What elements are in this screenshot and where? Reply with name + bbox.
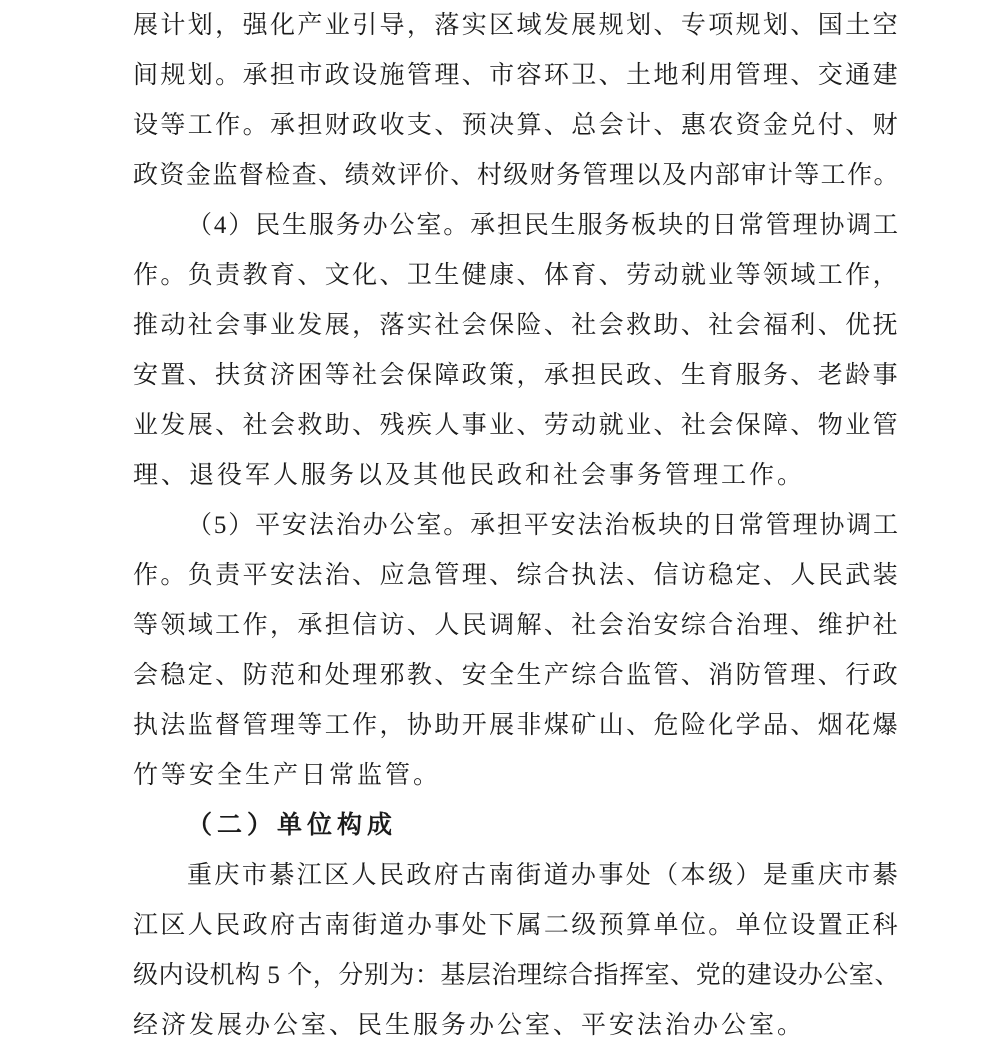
text-block: 展计划，强化产业引导，落实区域发展规划、专项规划、国土空间规划。承担市政设施管理… [133, 1, 900, 1051]
text-line: 会稳定、防范和处理邪教、安全生产综合监管、消防管理、行政 [133, 651, 900, 701]
text-line: （4）民生服务办公室。承担民生服务板块的日常管理协调工 [133, 201, 900, 251]
text-line: 重庆市綦江区人民政府古南街道办事处（本级）是重庆市綦 [133, 851, 900, 901]
text-line: 江区人民政府古南街道办事处下属二级预算单位。单位设置正科 [133, 901, 900, 951]
text-line: 等领域工作，承担信访、人民调解、社会治安综合治理、维护社 [133, 601, 900, 651]
text-line: 间规划。承担市政设施管理、市容环卫、土地利用管理、交通建 [133, 51, 900, 101]
text-line: 作。负责平安法治、应急管理、综合执法、信访稳定、人民武装 [133, 551, 900, 601]
text-line: 设等工作。承担财政收支、预决算、总会计、惠农资金兑付、财 [133, 101, 900, 151]
text-line: 理、退役军人服务以及其他民政和社会事务管理工作。 [133, 451, 900, 501]
text-line: 安置、扶贫济困等社会保障政策，承担民政、生育服务、老龄事 [133, 351, 900, 401]
document-page: 展计划，强化产业引导，落实区域发展规划、专项规划、国土空间规划。承担市政设施管理… [0, 0, 1000, 1053]
text-line: 竹等安全生产日常监管。 [133, 751, 900, 801]
text-line: 级内设机构 5 个，分别为：基层治理综合指挥室、党的建设办公室、 [133, 951, 900, 1001]
text-line: 推动社会事业发展，落实社会保险、社会救助、社会福利、优抚 [133, 301, 900, 351]
text-line: 政资金监督检查、绩效评价、村级财务管理以及内部审计等工作。 [133, 151, 900, 201]
text-line: 作。负责教育、文化、卫生健康、体育、劳动就业等领域工作， [133, 251, 900, 301]
text-line: 执法监督管理等工作，协助开展非煤矿山、危险化学品、烟花爆 [133, 701, 900, 751]
text-line: 经济发展办公室、民生服务办公室、平安法治办公室。 [133, 1001, 900, 1051]
text-line: 展计划，强化产业引导，落实区域发展规划、专项规划、国土空 [133, 1, 900, 51]
section-heading: （二）单位构成 [133, 801, 900, 851]
text-line: 业发展、社会救助、残疾人事业、劳动就业、社会保障、物业管 [133, 401, 900, 451]
text-line: （5）平安法治办公室。承担平安法治板块的日常管理协调工 [133, 501, 900, 551]
